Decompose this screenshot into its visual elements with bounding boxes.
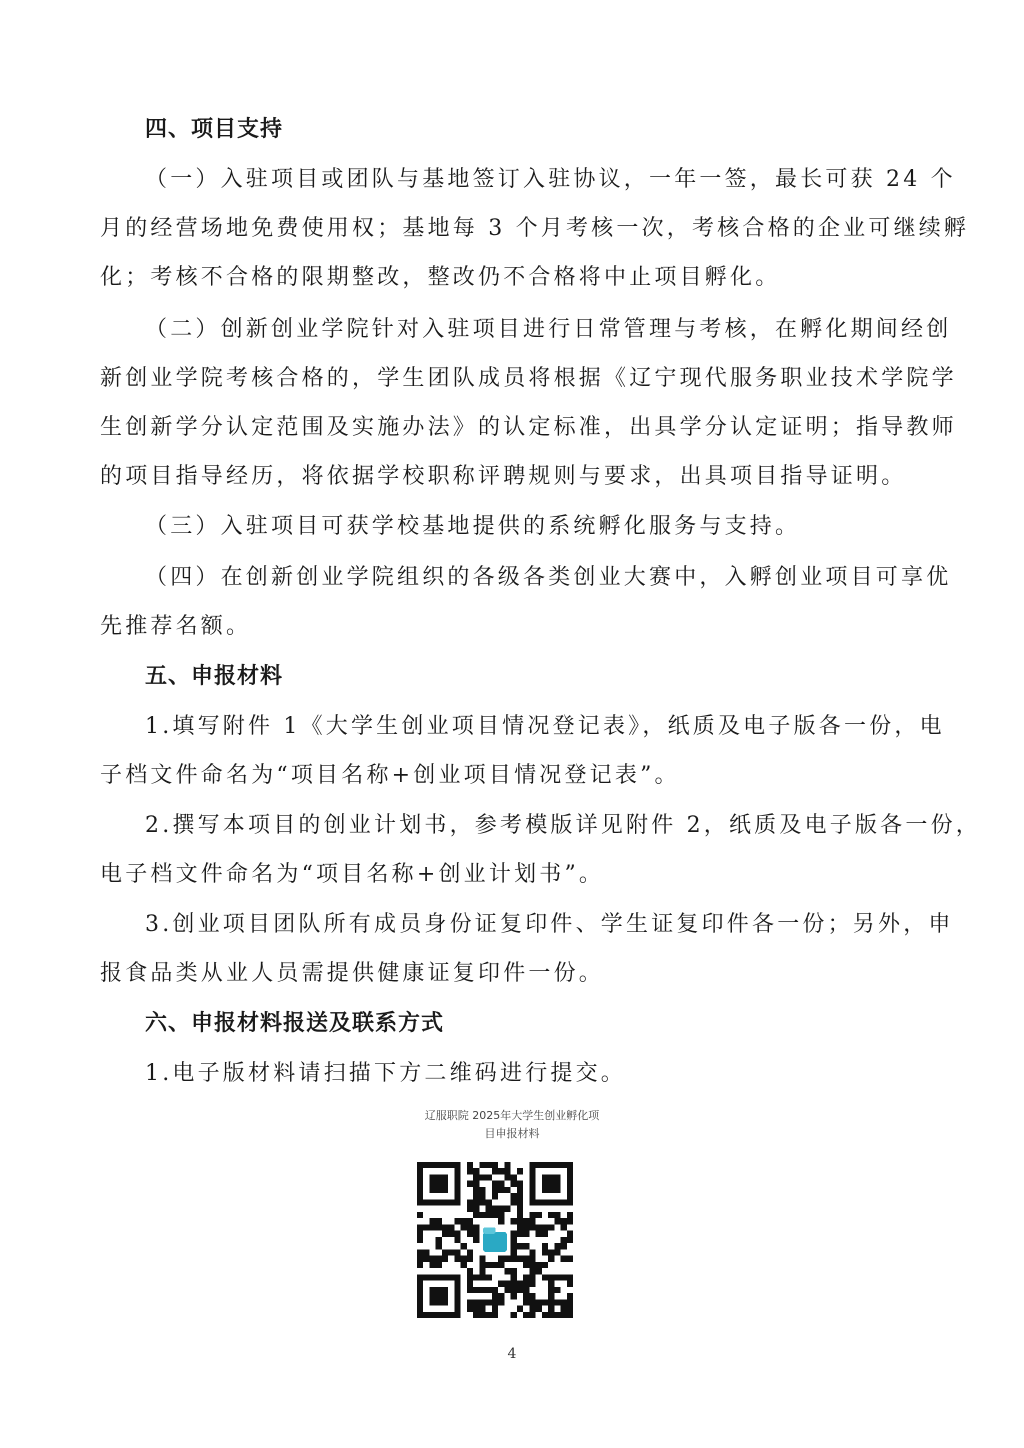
paragraph-line: 电子档文件命名为“项目名称+创业计划书”。 <box>100 860 604 890</box>
paragraph-line: 1.电子版材料请扫描下方二维码进行提交。 <box>145 1059 626 1089</box>
document-page: 四、项目支持（一）入驻项目或团队与基地签订入驻协议，一年一签，最长可获 24 个… <box>0 0 1024 1448</box>
paragraph-line: 月的经营场地免费使用权；基地每 3 个月考核一次，考核合格的企业可继续孵 <box>100 214 969 244</box>
paragraph-line: （二）创新创业学院针对入驻项目进行日常管理与考核，在孵化期间经创 <box>145 315 951 345</box>
paragraph-line: （三）入驻项目可获学校基地提供的系统孵化服务与支持。 <box>145 512 800 542</box>
paragraph-line: 3.创业项目团队所有成员身份证复印件、学生证复印件各一份；另外，申 <box>145 910 954 940</box>
paragraph-line: （一）入驻项目或团队与基地签订入驻协议，一年一签，最长可获 24 个 <box>145 165 956 195</box>
paragraph-line: 化；考核不合格的限期整改，整改仍不合格将中止项目孵化。 <box>100 263 780 293</box>
qr-caption-line-1: 辽服职院 2025年大学生创业孵化项 <box>0 1108 1024 1124</box>
paragraph-line: 1.填写附件 1《大学生创业项目情况登记表》，纸质及电子版各一份，电 <box>145 712 945 742</box>
paragraph-line: （四）在创新创业学院组织的各级各类创业大赛中，入孵创业项目可享优 <box>145 563 951 593</box>
paragraph-line: 报食品类从业人员需提供健康证复印件一份。 <box>100 959 604 989</box>
qr-code-image[interactable] <box>417 1162 573 1318</box>
section-heading: 五、申报材料 <box>145 662 283 692</box>
paragraph-line: 先推荐名额。 <box>100 612 251 642</box>
page-number: 4 <box>0 1346 1024 1362</box>
section-heading: 六、申报材料报送及联系方式 <box>145 1009 444 1039</box>
paragraph-line: 生创新学分认定范围及实施办法》的认定标准，出具学分认定证明；指导教师 <box>100 413 957 443</box>
qr-logo-icon <box>479 1224 510 1255</box>
paragraph-line: 新创业学院考核合格的，学生团队成员将根据《辽宁现代服务职业技术学院学 <box>100 364 957 394</box>
qr-caption-line-2: 目申报材料 <box>0 1126 1024 1142</box>
paragraph-line: 2.撰写本项目的创业计划书，参考模版详见附件 2，纸质及电子版各一份， <box>145 811 981 841</box>
paragraph-line: 的项目指导经历，将依据学校职称评聘规则与要求，出具项目指导证明。 <box>100 462 906 492</box>
paragraph-line: 子档文件命名为“项目名称+创业项目情况登记表”。 <box>100 761 680 791</box>
section-heading: 四、项目支持 <box>145 115 283 145</box>
